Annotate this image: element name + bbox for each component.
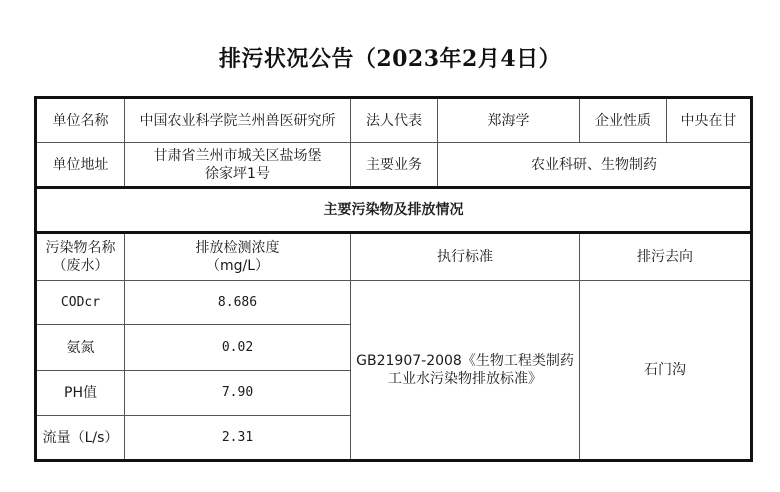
discharge-table: 单位名称 中国农业科学院兰州兽医研究所 法人代表 郑海学 企业性质 中央在甘 单… xyxy=(34,96,753,462)
concentration-header: 排放检测浓度 （mg/L） xyxy=(125,233,351,281)
address-line-1: 甘肃省兰州市城关区盐场堡 xyxy=(125,147,350,165)
standard-line-1: GB21907-2008《生物工程类制药 xyxy=(351,352,579,370)
pollutant-header-line-1: 污染物名称 xyxy=(37,239,124,257)
business-label: 主要业务 xyxy=(351,143,438,188)
standard-value: GB21907-2008《生物工程类制药 工业水污染物排放标准》 xyxy=(351,281,580,461)
address-label: 单位地址 xyxy=(36,143,125,188)
standard-header: 执行标准 xyxy=(351,233,580,281)
standard-line-2: 工业水污染物排放标准》 xyxy=(351,370,579,388)
unit-name-value: 中国农业科学院兰州兽医研究所 xyxy=(125,98,351,143)
address-line-2: 徐家坪1号 xyxy=(125,165,350,183)
info-row-1: 单位名称 中国农业科学院兰州兽医研究所 法人代表 郑海学 企业性质 中央在甘 xyxy=(36,98,752,143)
nature-value: 中央在甘 xyxy=(667,98,752,143)
header-row: 污染物名称 （废水） 排放检测浓度 （mg/L） 执行标准 排污去向 xyxy=(36,233,752,281)
pollutant-name: PH值 xyxy=(36,371,125,416)
concentration-header-line-1: 排放检测浓度 xyxy=(125,239,350,257)
destination-value: 石门沟 xyxy=(580,281,752,461)
pollutant-name: 氨氮 xyxy=(36,325,125,371)
info-row-2: 单位地址 甘肃省兰州市城关区盐场堡 徐家坪1号 主要业务 农业科研、生物制药 xyxy=(36,143,752,188)
page-title: 排污状况公告（2023年2月4日） xyxy=(0,42,780,73)
pollutant-value: 2.31 xyxy=(125,416,351,461)
business-value: 农业科研、生物制药 xyxy=(438,143,752,188)
pollutant-name: 流量（L/s） xyxy=(36,416,125,461)
pollutant-header: 污染物名称 （废水） xyxy=(36,233,125,281)
unit-name-label: 单位名称 xyxy=(36,98,125,143)
concentration-header-line-2: （mg/L） xyxy=(125,257,350,275)
table-row: CODcr 8.686 GB21907-2008《生物工程类制药 工业水污染物排… xyxy=(36,281,752,325)
pollutant-name: CODcr xyxy=(36,281,125,325)
section-row: 主要污染物及排放情况 xyxy=(36,188,752,233)
pollutant-value: 0.02 xyxy=(125,325,351,371)
pollutant-value: 8.686 xyxy=(125,281,351,325)
pollutant-header-line-2: （废水） xyxy=(37,257,124,275)
nature-label: 企业性质 xyxy=(580,98,667,143)
section-title: 主要污染物及排放情况 xyxy=(36,188,752,233)
address-value: 甘肃省兰州市城关区盐场堡 徐家坪1号 xyxy=(125,143,351,188)
pollutant-value: 7.90 xyxy=(125,371,351,416)
legal-rep-value: 郑海学 xyxy=(438,98,580,143)
destination-header: 排污去向 xyxy=(580,233,752,281)
legal-rep-label: 法人代表 xyxy=(351,98,438,143)
